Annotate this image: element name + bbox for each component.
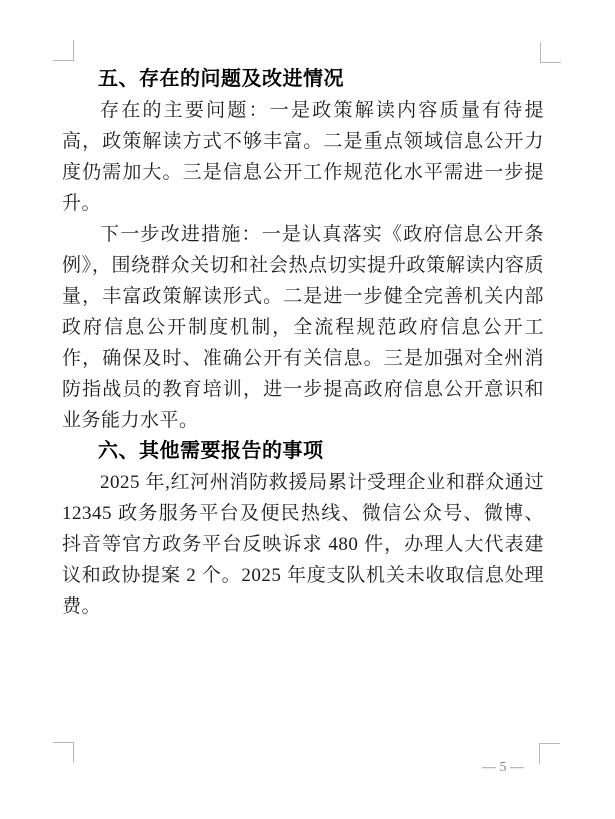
paragraph-existing-problems: 存在的主要问题：一是政策解读内容质量有待提高，政策解读方式不够丰富。二是重点领域…	[62, 95, 544, 219]
corner-mark-bottom-left	[53, 742, 74, 763]
page-number: — 5 —	[462, 760, 544, 776]
corner-mark-top-right	[540, 42, 561, 63]
document-page: 五、存在的问题及改进情况 存在的主要问题：一是政策解读内容质量有待提高，政策解读…	[0, 0, 615, 819]
paragraph-improvement-measures: 下一步改进措施：一是认真落实《政府信息公开条例》，围绕群众关切和社会热点切实提升…	[62, 219, 544, 436]
section-heading-other-matters: 六、其他需要报告的事项	[62, 436, 544, 467]
paragraph-other-matters: 2025 年,红河州消防救援局累计受理企业和群众通过 12345 政务服务平台及…	[62, 467, 544, 622]
document-body: 五、存在的问题及改进情况 存在的主要问题：一是政策解读内容质量有待提高，政策解读…	[62, 64, 544, 622]
corner-mark-top-left	[53, 40, 74, 61]
section-heading-problems-improvements: 五、存在的问题及改进情况	[62, 64, 544, 95]
